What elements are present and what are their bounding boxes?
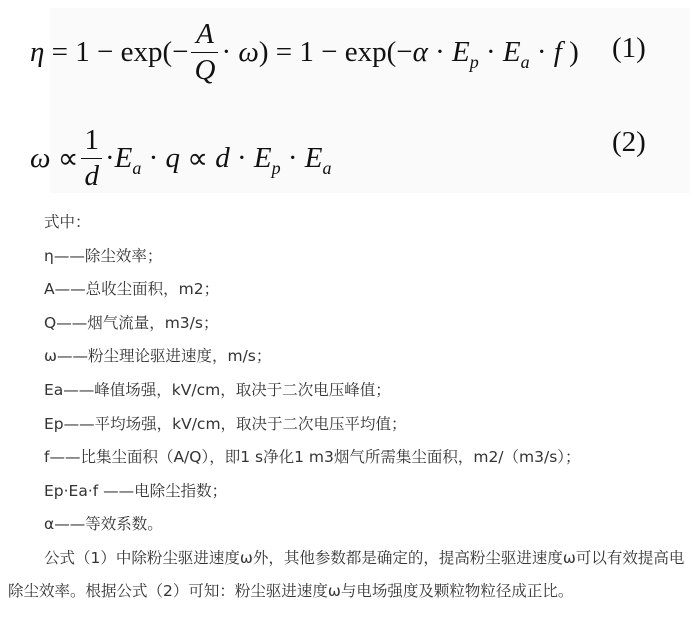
definition-alpha: α——等效系数。 [44, 508, 581, 542]
definition-q: Q——烟气流量，m3/s； [44, 307, 581, 341]
definition-omega: ω——粉尘理论驱进速度，m/s； [44, 340, 581, 374]
equation-1-number: (1) [612, 32, 646, 65]
definition-index: Ep·Ea·f ——电除尘指数； [44, 475, 581, 509]
fraction-1-over-d: 1d [81, 126, 102, 191]
equation-2-number: (2) [612, 126, 646, 159]
definition-ea: Ea——峰值场强，kV/cm，取决于二次电压峰值； [44, 374, 581, 408]
definition-a: A——总收尘面积，m2； [44, 273, 581, 307]
equation-image: η = 1 − exp(−AQ· ω) = 1 − exp(−α · Ep · … [0, 0, 700, 200]
body-paragraph: 公式（1）中除粉尘驱进速度ω外，其他参数都是确定的，提高粉尘驱进速度ω可以有效提… [8, 542, 692, 607]
definition-eta: η——除尘效率； [44, 240, 581, 274]
definitions-list: 式中： η——除尘效率； A——总收尘面积，m2； Q——烟气流量，m3/s； … [44, 206, 581, 542]
definitions-heading: 式中： [44, 206, 581, 240]
definition-ep: Ep——平均场强，kV/cm，取决于二次电压平均值； [44, 408, 581, 442]
equation-1: η = 1 − exp(−AQ· ω) = 1 − exp(−α · Ep · … [30, 14, 579, 90]
fraction-a-over-q: AQ [191, 20, 218, 85]
equation-2: ω ∝1d·Ea · q ∝ d · Ep · Ea [30, 120, 332, 196]
definition-f: f——比集尘面积（A/Q），即1 s净化1 m3烟气所需集尘面积，m2/（m3/… [44, 441, 581, 475]
